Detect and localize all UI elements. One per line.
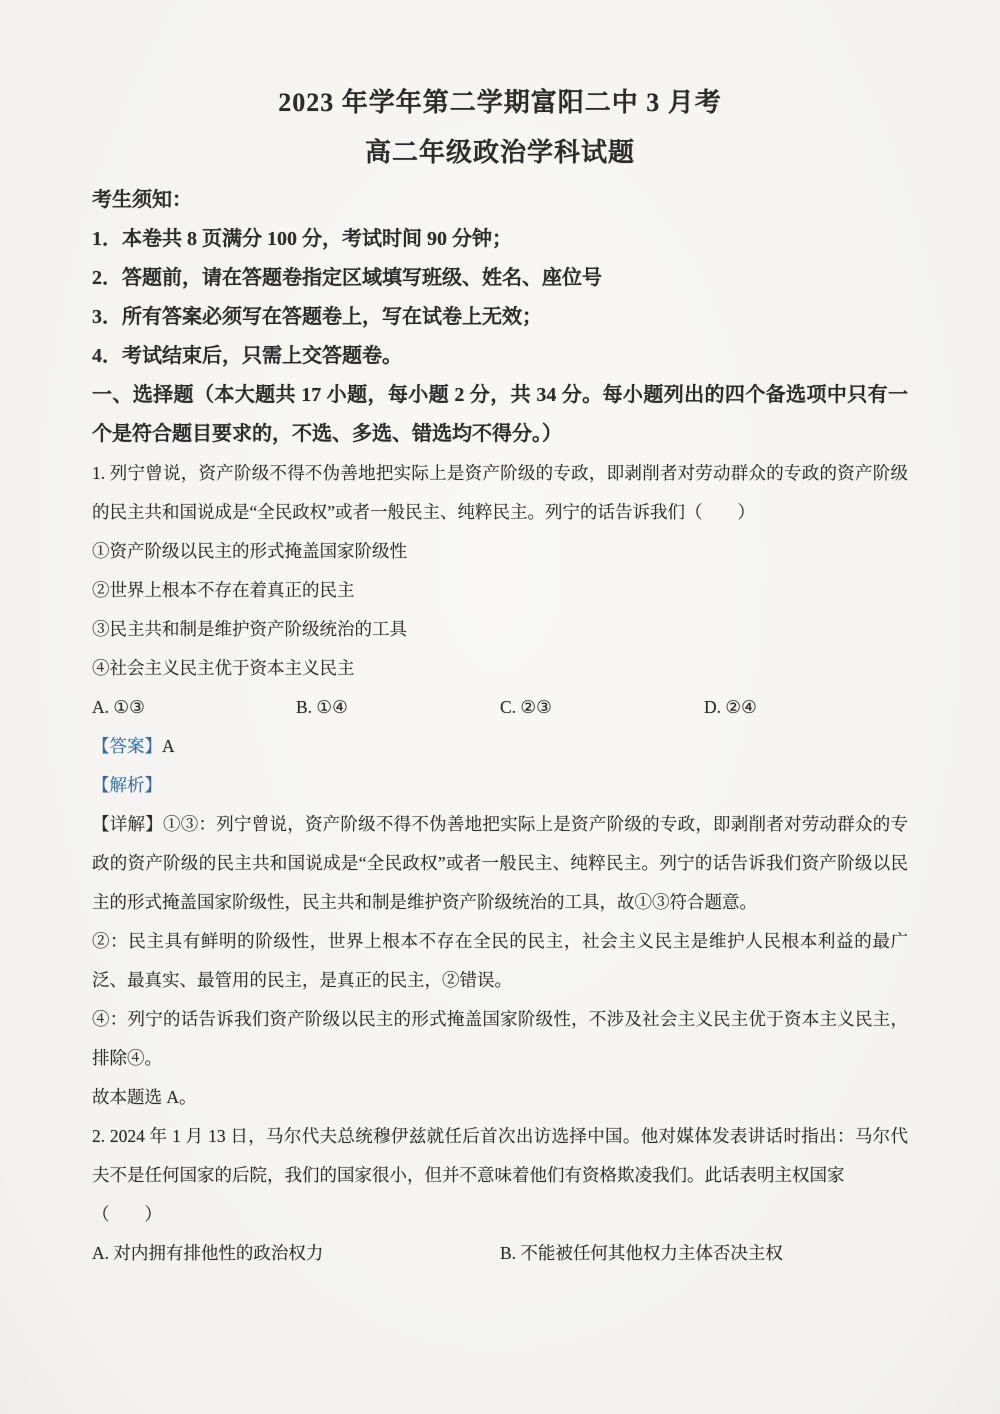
q1-option-c: C. ②③ bbox=[500, 688, 704, 727]
q1-answer-line: 【答案】A bbox=[92, 727, 908, 766]
q1-statement-1: ①资产阶级以民主的形式掩盖国家阶级性 bbox=[92, 532, 908, 571]
answer-tag: 【答案】 bbox=[92, 736, 162, 756]
question-2-stem: 2. 2024 年 1 月 13 日，马尔代夫总统穆伊兹就任后首次出访选择中国。… bbox=[92, 1117, 908, 1195]
page-title-line-2: 高二年级政治学科试题 bbox=[92, 136, 908, 170]
q2-options-row: A. 对内拥有排他性的政治权力 B. 不能被任何其他权力主体否决主权 bbox=[92, 1234, 908, 1273]
q2-option-b: B. 不能被任何其他权力主体否决主权 bbox=[500, 1234, 908, 1273]
q1-option-a: A. ①③ bbox=[92, 688, 296, 727]
notice-item-1: 1．本卷共 8 页满分 100 分，考试时间 90 分钟； bbox=[92, 220, 908, 259]
exam-document: 2023 年学年第二学期富阳二中 3 月考 高二年级政治学科试题 考生须知： 1… bbox=[0, 0, 1000, 1273]
q1-detail-paragraph-3: ④：列宁的话告诉我们资产阶级以民主的形式掩盖国家阶级性，不涉及社会主义民主优于资… bbox=[92, 1000, 908, 1078]
q1-statement-4: ④社会主义民主优于资本主义民主 bbox=[92, 649, 908, 688]
detail-tag: 【详解】 bbox=[92, 814, 163, 834]
q1-detail-paragraph-1: 【详解】①③：列宁曾说，资产阶级不得不伪善地把实际上是资产阶级的专政，即剥削者对… bbox=[92, 805, 908, 922]
q1-option-b: B. ①④ bbox=[296, 688, 500, 727]
q1-options-row: A. ①③ B. ①④ C. ②③ D. ②④ bbox=[92, 688, 908, 727]
question-1-stem: 1. 列宁曾说，资产阶级不得不伪善地把实际上是资产阶级的专政，即剥削者对劳动群众… bbox=[92, 454, 908, 532]
answer-value: A bbox=[162, 736, 175, 756]
q1-statement-3: ③民主共和制是维护资产阶级统治的工具 bbox=[92, 610, 908, 649]
notice-section: 考生须知： 1．本卷共 8 页满分 100 分，考试时间 90 分钟； 2．答题… bbox=[92, 181, 908, 376]
analysis-tag: 【解析】 bbox=[92, 766, 908, 805]
q1-detail-text-1: ①③：列宁曾说，资产阶级不得不伪善地把实际上是资产阶级的专政，即剥削者对劳动群众… bbox=[92, 814, 908, 912]
q1-conclusion: 故本题选 A。 bbox=[92, 1078, 908, 1117]
notice-item-2: 2．答题前，请在答题卷指定区域填写班级、姓名、座位号 bbox=[92, 259, 908, 298]
q2-option-a: A. 对内拥有排他性的政治权力 bbox=[92, 1234, 500, 1273]
q2-bracket-line: （ ） bbox=[92, 1195, 908, 1234]
q1-statement-2: ②世界上根本不存在着真正的民主 bbox=[92, 571, 908, 610]
q1-option-d: D. ②④ bbox=[704, 688, 908, 727]
page-title-line-1: 2023 年学年第二学期富阳二中 3 月考 bbox=[92, 86, 908, 120]
section-1-heading: 一、选择题（本大题共 17 小题，每小题 2 分，共 34 分。每小题列出的四个… bbox=[92, 376, 908, 454]
notice-heading: 考生须知： bbox=[92, 181, 908, 220]
q1-detail-paragraph-2: ②：民主具有鲜明的阶级性，世界上根本不存在全民的民主，社会主义民主是维护人民根本… bbox=[92, 922, 908, 1000]
notice-item-3: 3．所有答案必须写在答题卷上，写在试卷上无效； bbox=[92, 298, 908, 337]
notice-item-4: 4．考试结束后，只需上交答题卷。 bbox=[92, 337, 908, 376]
